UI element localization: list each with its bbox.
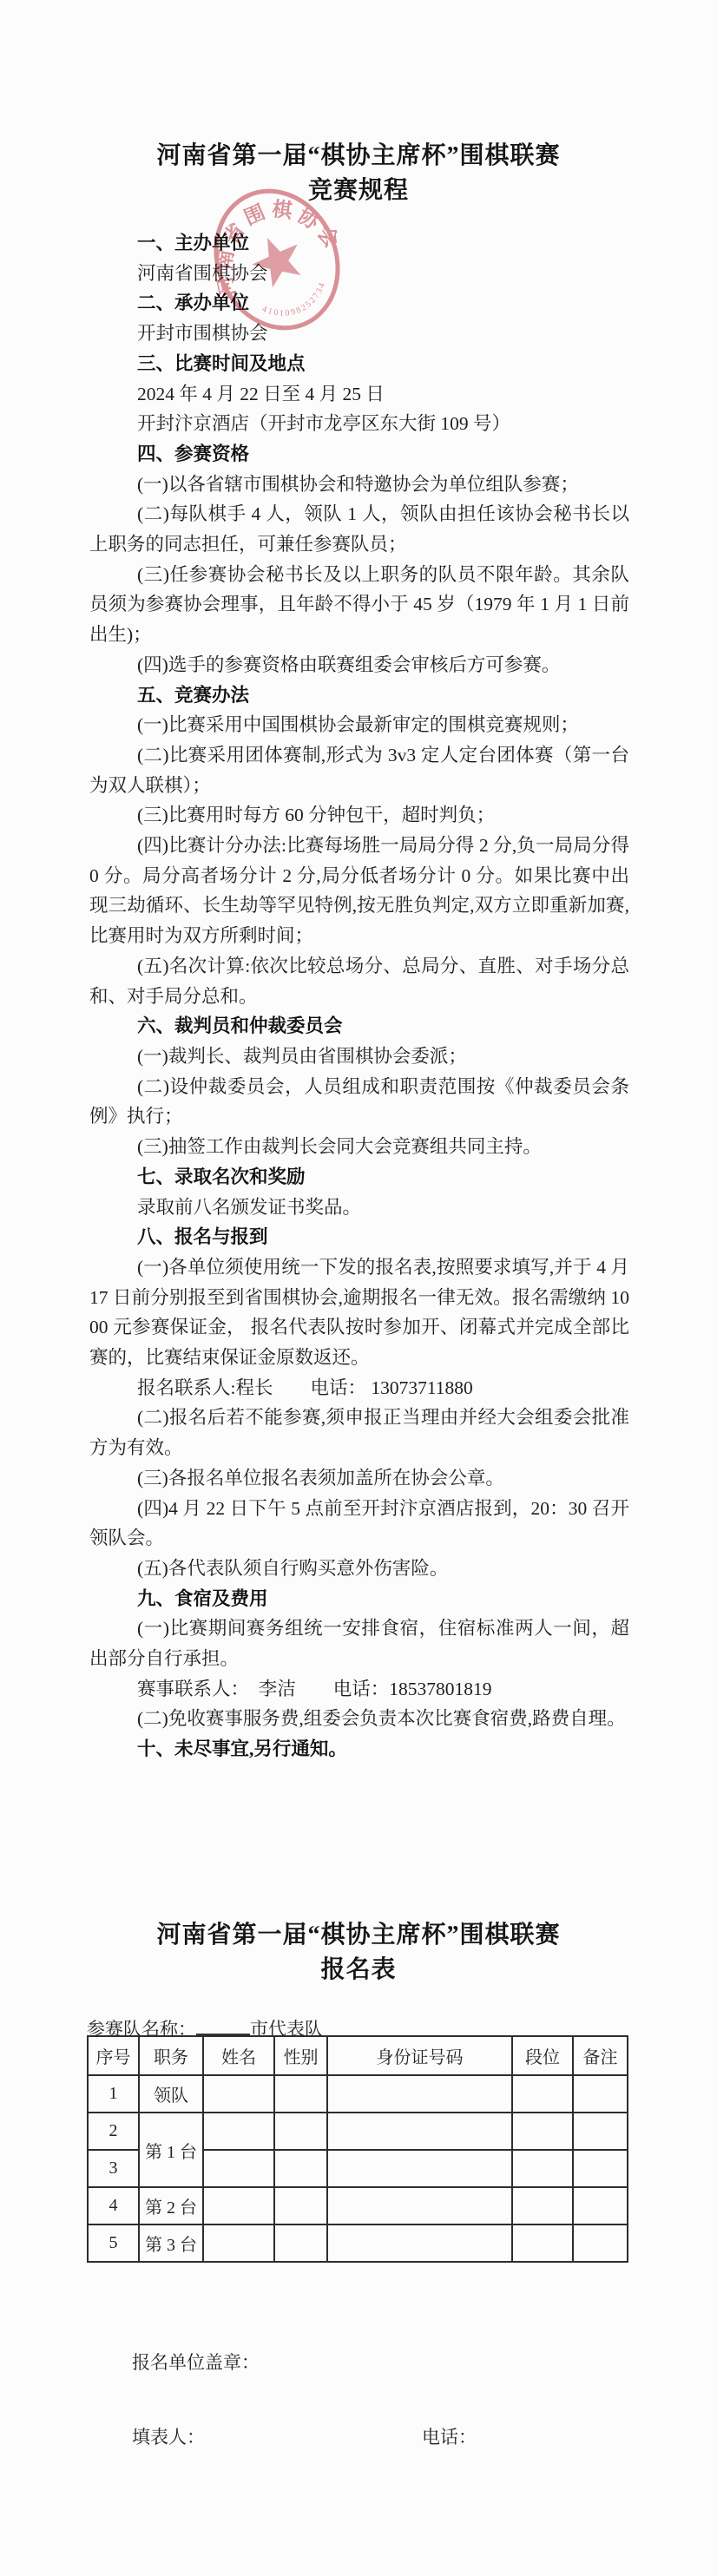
team-name-blank-field (196, 2018, 250, 2035)
scanned-document: 河南省第一届“棋协主席杯”围棋联赛 竞赛规程 一、主办单位河南省围棋协会二、承办… (0, 0, 717, 2576)
role-cell: 第 2 台 (139, 2187, 203, 2224)
blank-form-cell (274, 2187, 327, 2224)
doc-paragraph: (三)比赛用时每方 60 分钟包干，超时判负； (89, 800, 629, 831)
doc-paragraph: (二)设仲裁委员会，人员组成和职责范围按《仲裁委员会条例》执行； (89, 1072, 629, 1132)
form-title-line1: 河南省第一届“棋协主席杯”围棋联赛 (0, 1918, 717, 1953)
doc-paragraph: (二)免收赛事服务费,组委会负责本次比赛食宿费,路费自理。 (89, 1704, 629, 1734)
table-header-cell: 备注 (573, 2036, 628, 2075)
doc-paragraph: 开封汴京酒店（开封市龙亭区东大街 109 号） (89, 409, 629, 439)
section-heading: 七、录取名次和奖励 (89, 1162, 629, 1193)
blank-form-cell (327, 2113, 512, 2150)
form-phone-label: 电话： (422, 2423, 477, 2449)
row-number-cell: 4 (88, 2187, 139, 2224)
form-title-line2: 报名表 (0, 1953, 717, 1988)
blank-form-cell (573, 2150, 628, 2187)
doc-paragraph: 河南省围棋协会 (89, 259, 629, 289)
blank-form-cell (512, 2187, 573, 2224)
blank-form-cell (203, 2150, 274, 2187)
competition-title-line2: 竞赛规程 (0, 174, 717, 208)
section-heading: 六、裁判员和仲裁委员会 (89, 1011, 629, 1042)
role-cell: 领队 (139, 2075, 203, 2113)
blank-form-cell (512, 2075, 573, 2113)
doc-paragraph: (一)各单位须使用统一下发的报名表,按照要求填写,并于 4 月 17 日前分别报… (89, 1252, 629, 1373)
table-header-row: 序号职务姓名性别身份证号码段位备注 (88, 2036, 628, 2075)
doc-paragraph: 录取前八名颁发证书奖品。 (89, 1193, 629, 1223)
blank-form-cell (274, 2075, 327, 2113)
doc-paragraph: (四)4 月 22 日下午 5 点前至开封汴京酒店报到，20：30 召开领队会。 (89, 1494, 629, 1554)
doc-paragraph: (二)比赛采用团体赛制,形式为 3v3 定人定台团体赛（第一台为双人联棋）； (89, 740, 629, 800)
row-number-cell: 1 (88, 2075, 139, 2113)
doc-paragraph: (二)每队棋手 4 人，领队 1 人，领队由担任该协会秘书长以上职务的同志担任，… (89, 499, 629, 559)
section-heading: 三、比赛时间及地点 (89, 349, 629, 379)
blank-form-cell (573, 2075, 628, 2113)
blank-form-cell (327, 2075, 512, 2113)
section-heading: 十、未尽事宜,另行通知。 (89, 1734, 629, 1764)
doc-paragraph: 报名联系人:程长 电话： 13073711880 (89, 1373, 629, 1403)
competition-title-line1: 河南省第一届“棋协主席杯”围棋联赛 (0, 139, 717, 174)
section-heading: 八、报名与报到 (89, 1222, 629, 1252)
registration-table: 序号职务姓名性别身份证号码段位备注 1领队2第 1 台34第 2 台5第 3 台 (87, 2035, 628, 2263)
blank-form-cell (512, 2113, 573, 2150)
table-header-cell: 姓名 (203, 2036, 274, 2075)
blank-form-cell (203, 2113, 274, 2150)
blank-form-cell (327, 2150, 512, 2187)
blank-form-cell (573, 2187, 628, 2224)
doc-paragraph: (二)报名后若不能参赛,须申报正当理由并经大会组委会批准方为有效。 (89, 1403, 629, 1462)
blank-form-cell (573, 2224, 628, 2262)
table-row: 4第 2 台 (88, 2187, 628, 2224)
doc-paragraph: (五)各代表队须自行购买意外伤害险。 (89, 1554, 629, 1584)
table-header-cell: 身份证号码 (327, 2036, 512, 2075)
page2-title: 河南省第一届“棋协主席杯”围棋联赛 报名表 (0, 1918, 717, 1988)
page1-content: 一、主办单位河南省围棋协会二、承办单位开封市围棋协会三、比赛时间及地点2024 … (89, 228, 629, 1764)
table-header-cell: 段位 (512, 2036, 573, 2075)
unit-stamp-label: 报名单位盖章： (132, 2349, 260, 2375)
doc-paragraph: (三)抽签工作由裁判长会同大会竞赛组共同主持。 (89, 1132, 629, 1162)
doc-paragraph: (四)选手的参赛资格由联赛组委会审核后方可参赛。 (89, 650, 629, 680)
doc-paragraph: 赛事联系人： 李洁 电话：18537801819 (89, 1674, 629, 1705)
doc-paragraph: (五)名次计算:依次比较总场分、总局分、直胜、对手场分总和、对手局分总和。 (89, 951, 629, 1011)
role-cell: 第 3 台 (139, 2224, 203, 2262)
table-header-cell: 性别 (274, 2036, 327, 2075)
blank-form-cell (274, 2113, 327, 2150)
blank-form-cell (327, 2187, 512, 2224)
doc-paragraph: (三)任参赛协会秘书长及以上职务的队员不限年龄。其余队员须为参赛协会理事，且年龄… (89, 560, 629, 650)
blank-form-cell (274, 2150, 327, 2187)
blank-form-cell (203, 2187, 274, 2224)
page1-title: 河南省第一届“棋协主席杯”围棋联赛 竞赛规程 (0, 139, 717, 208)
section-heading: 二、承办单位 (89, 288, 629, 319)
blank-form-cell (512, 2150, 573, 2187)
form-filler-label: 填表人： (132, 2423, 205, 2449)
table-row: 5第 3 台 (88, 2224, 628, 2262)
doc-paragraph: (三)各报名单位报名表须加盖所在协会公章。 (89, 1463, 629, 1494)
row-number-cell: 3 (88, 2150, 139, 2187)
table-header-cell: 职务 (139, 2036, 203, 2075)
blank-form-cell (573, 2113, 628, 2150)
section-heading: 九、食宿及费用 (89, 1584, 629, 1614)
role-cell: 第 1 台 (139, 2113, 203, 2187)
row-number-cell: 5 (88, 2224, 139, 2262)
section-heading: 一、主办单位 (89, 228, 629, 259)
doc-paragraph: (一)裁判长、裁判员由省围棋协会委派； (89, 1042, 629, 1072)
table-row: 1领队 (88, 2075, 628, 2113)
table-row: 2第 1 台 (88, 2113, 628, 2150)
table-header-cell: 序号 (88, 2036, 139, 2075)
doc-paragraph: (一)比赛采用中国围棋协会最新审定的围棋竞赛规则； (89, 710, 629, 740)
doc-paragraph: 2024 年 4 月 22 日至 4 月 25 日 (89, 379, 629, 410)
blank-form-cell (512, 2224, 573, 2262)
blank-form-cell (327, 2224, 512, 2262)
doc-paragraph: 开封市围棋协会 (89, 319, 629, 349)
doc-paragraph: (四)比赛计分办法:比赛每场胜一局局分得 2 分,负一局局分得 0 分。局分高者… (89, 831, 629, 951)
doc-paragraph: (一)比赛期间赛务组统一安排食宿，住宿标准两人一间，超出部分自行承担。 (89, 1613, 629, 1673)
section-heading: 五、竞赛办法 (89, 680, 629, 711)
row-number-cell: 2 (88, 2113, 139, 2150)
blank-form-cell (203, 2075, 274, 2113)
blank-form-cell (203, 2224, 274, 2262)
blank-form-cell (274, 2224, 327, 2262)
doc-paragraph: (一)以各省辖市围棋协会和特邀协会为单位组队参赛； (89, 470, 629, 500)
section-heading: 四、参赛资格 (89, 439, 629, 470)
